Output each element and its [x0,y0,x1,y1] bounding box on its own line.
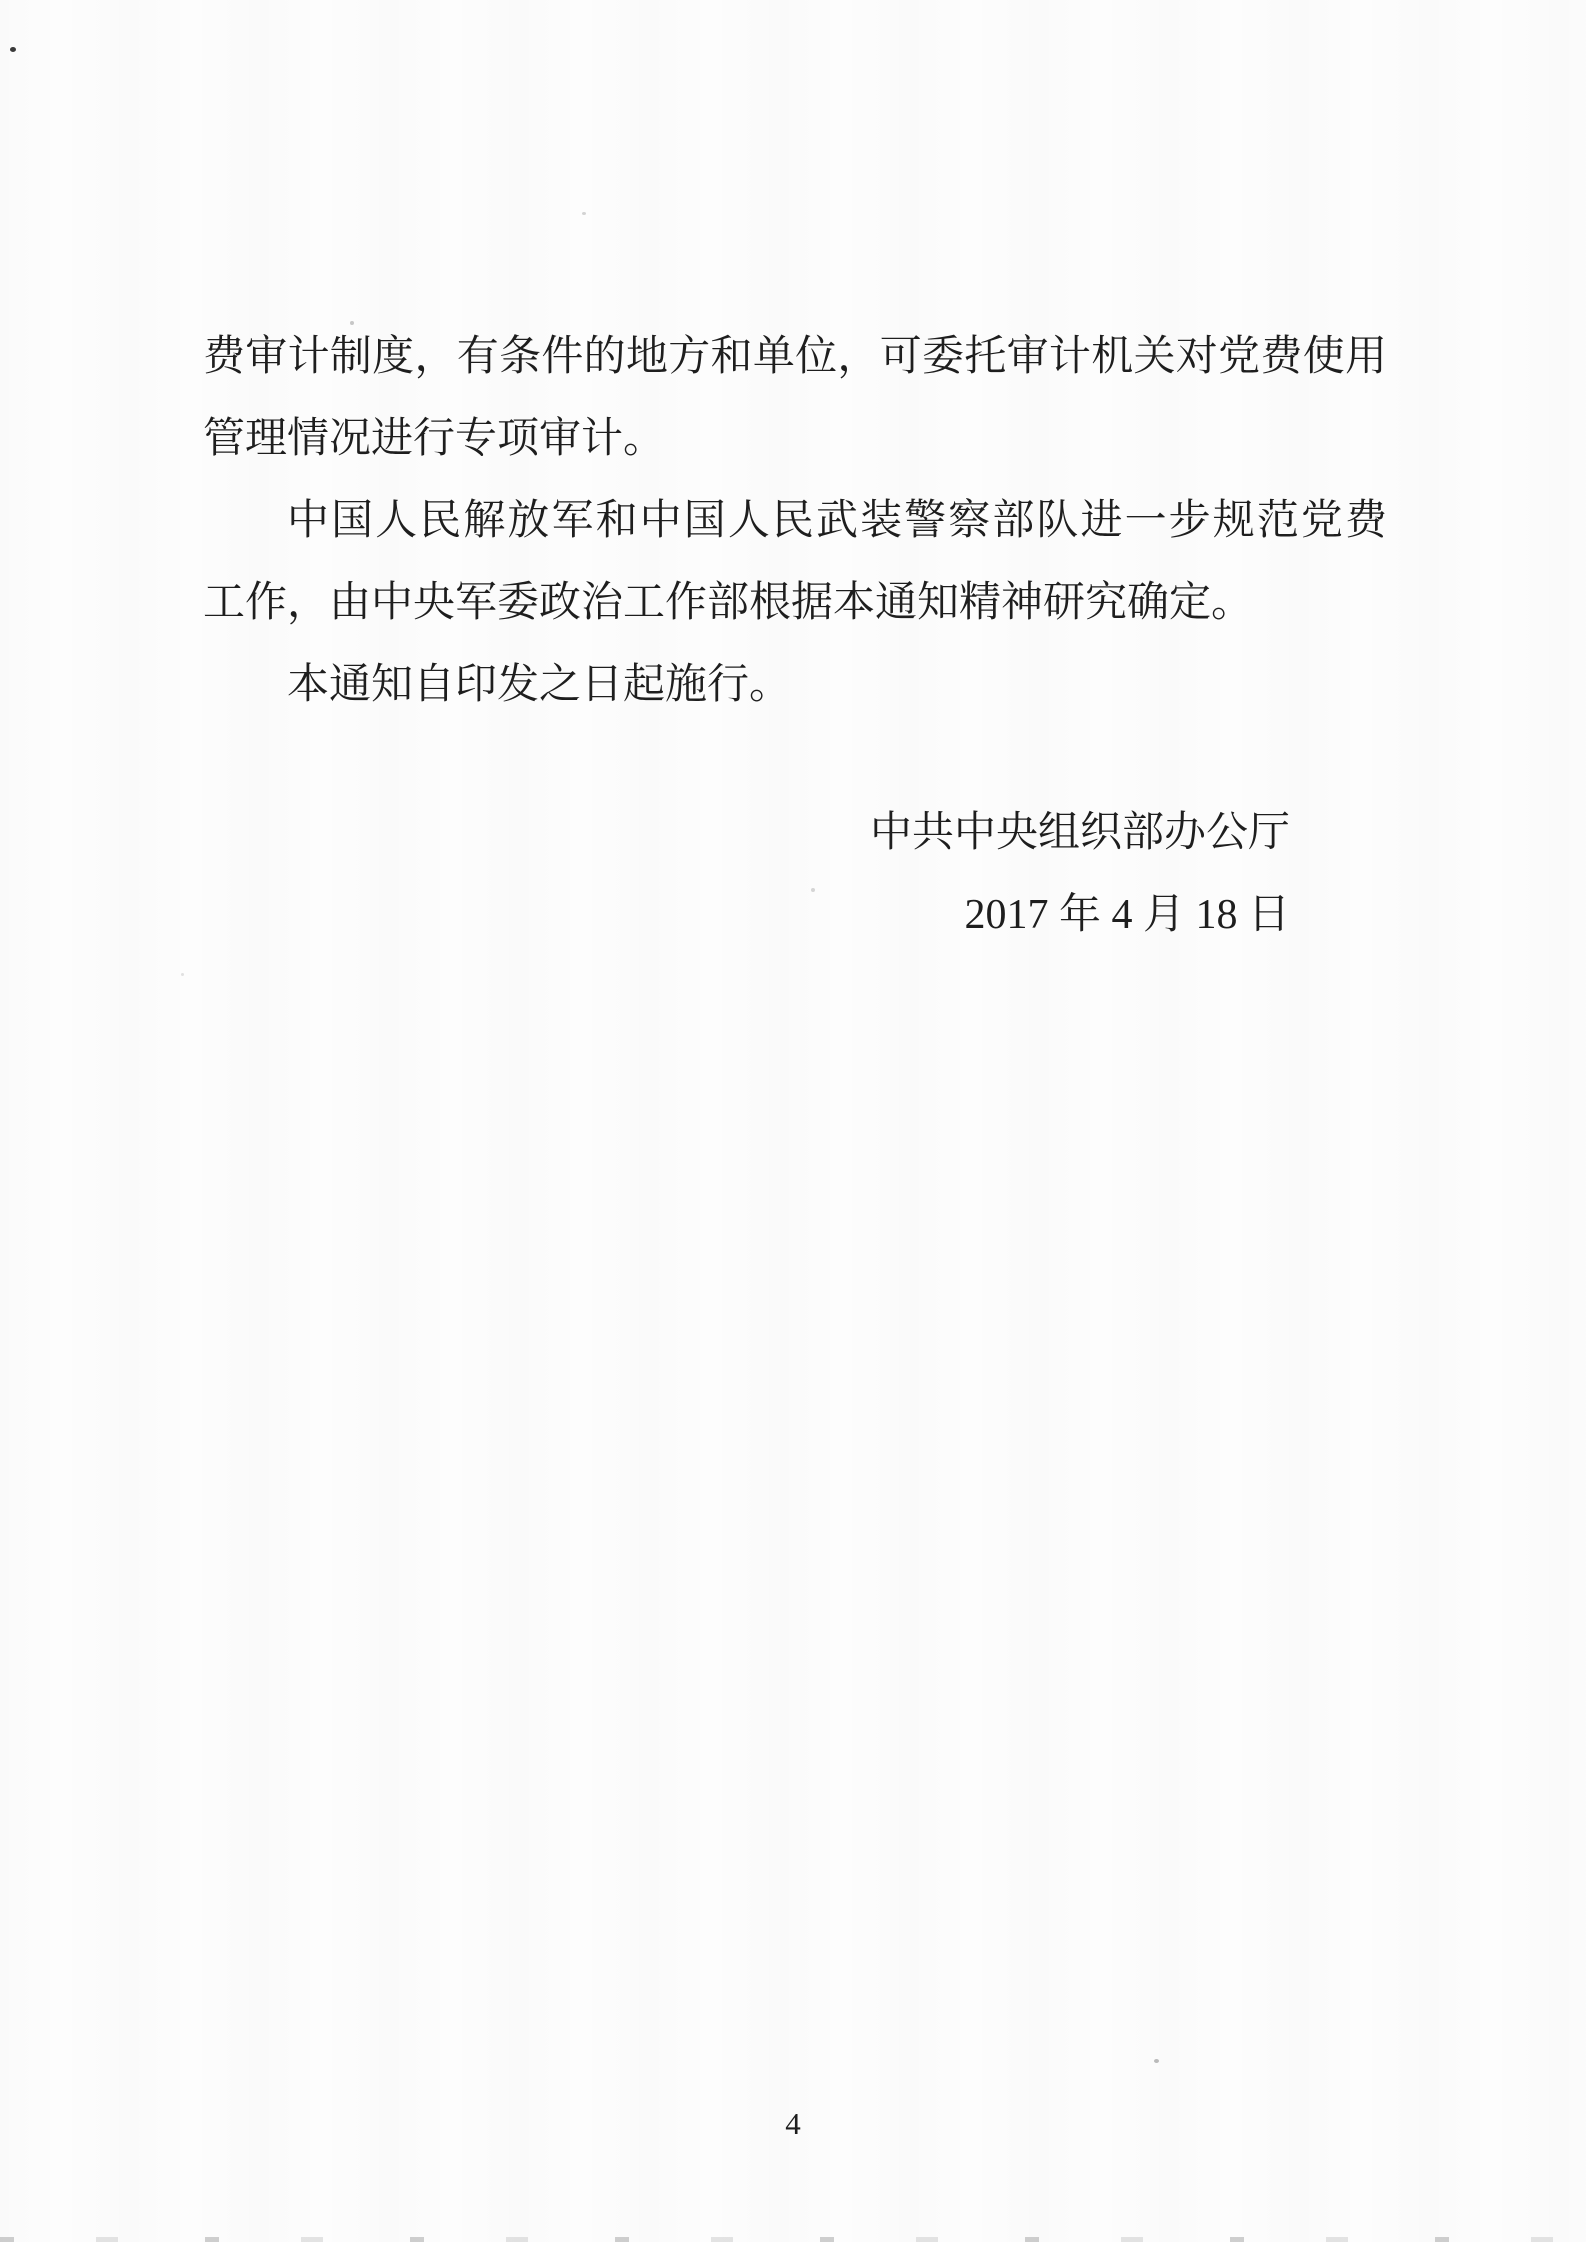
scan-speck [811,888,815,892]
body-line: 本通知自印发之日起施行。 [203,644,1387,726]
body-line: 费审计制度，有条件的地方和单位，可委托审计机关对党费使用 [203,316,1387,398]
scan-speck [10,47,16,52]
scanned-document-page: 费审计制度，有条件的地方和单位，可委托审计机关对党费使用管理情况进行专项审计。中… [0,0,1586,2242]
scan-speck [181,973,184,976]
signature-block: 中共中央组织部办公厅 2017 年 4 月 18 日 [870,792,1290,956]
signature-date: 2017 年 4 月 18 日 [870,874,1290,956]
scan-speck [1154,2059,1159,2063]
page-number: 4 [0,2104,1586,2144]
document-body-text: 费审计制度，有条件的地方和单位，可委托审计机关对党费使用管理情况进行专项审计。中… [203,316,1387,726]
body-line: 工作，由中央军委政治工作部根据本通知精神研究确定。 [203,562,1387,644]
body-line: 中国人民解放军和中国人民武装警察部队进一步规范党费 [203,480,1387,562]
scan-speck [582,212,586,215]
signature-organization: 中共中央组织部办公厅 [870,792,1290,874]
body-line: 管理情况进行专项审计。 [203,398,1387,480]
scan-edge-artifacts [0,2237,1586,2242]
